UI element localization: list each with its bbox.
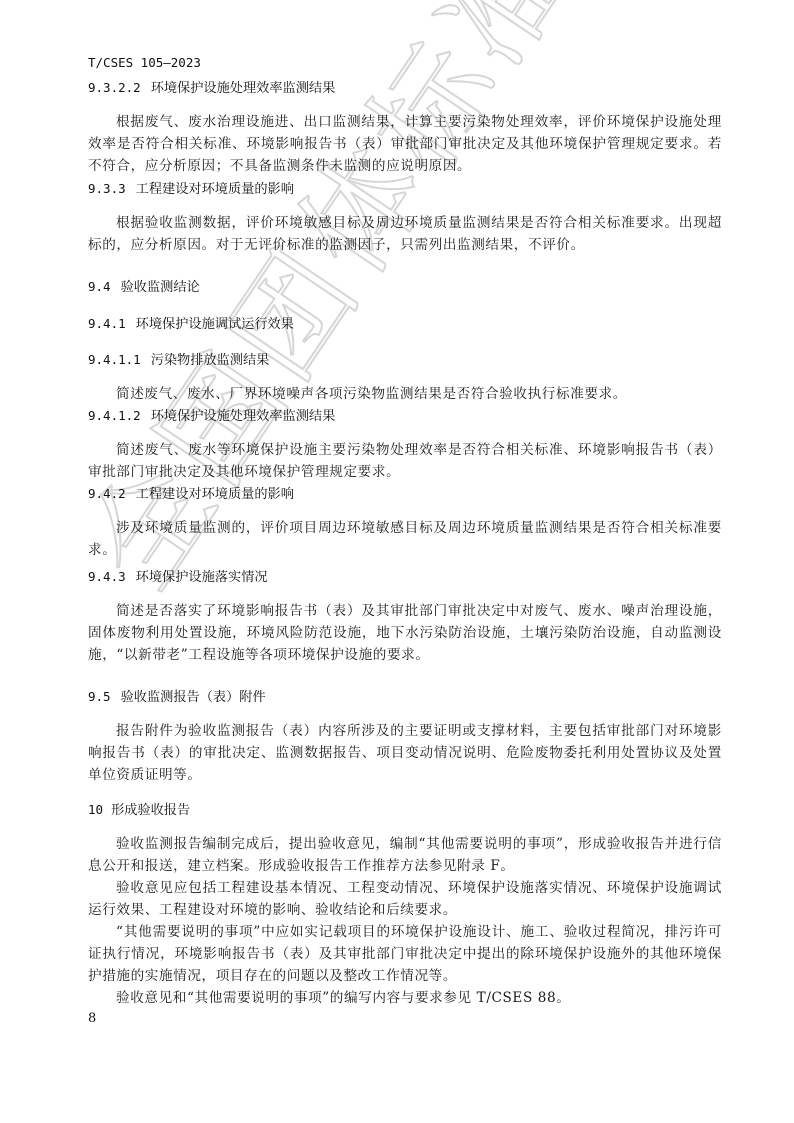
section-number: 9.4.1 bbox=[88, 314, 126, 334]
section-paragraph: 根据废气、废水治理设施进、出口监测结果，计算主要污染物处理效率，评价环境保护设施… bbox=[88, 111, 722, 177]
section-paragraph: 验收监测报告编制完成后，提出验收意见，编制“其他需要说明的事项”，形成验收报告并… bbox=[88, 833, 722, 877]
section-paragraph: 简述是否落实了环境影响报告书（表）及其审批部门审批决定中对废气、废水、噪声治理设… bbox=[88, 600, 722, 666]
document-code-header: T/CSES 105—2023 bbox=[88, 54, 722, 74]
section-title: 环境保护设施处理效率监测结果 bbox=[151, 81, 336, 96]
section-title: 验收监测结论 bbox=[121, 280, 200, 295]
section-paragraph: 根据验收监测数据，评价环境敏感目标及周边环境质量监测结果是否符合相关标准要求。出… bbox=[88, 212, 722, 256]
section-title: 工程建设对环境质量的影响 bbox=[136, 182, 294, 197]
section-heading-10: 10形成验收报告 bbox=[88, 800, 722, 821]
section-number: 10 bbox=[88, 800, 103, 820]
section-title: 环境保护设施落实情况 bbox=[136, 570, 268, 585]
section-heading-9-4-1-1: 9.4.1.1污染物排放监测结果 bbox=[88, 350, 722, 371]
section-paragraph: 简述废气、废水、厂界环境噪声各项污染物监测结果是否符合验收执行标准要求。 bbox=[88, 383, 722, 405]
section-heading-9-4: 9.4验收监测结论 bbox=[88, 277, 722, 298]
section-title: 验收监测报告（表）附件 bbox=[121, 690, 266, 705]
section-number: 9.4.3 bbox=[88, 567, 126, 587]
section-paragraph: “其他需要说明的事项”中应如实记载项目的环境保护设施设计、施工、验收过程简况，排… bbox=[88, 921, 722, 987]
page-content: T/CSES 105—2023 9.3.2.2环境保护设施处理效率监测结果 根据… bbox=[88, 54, 722, 1029]
section-number: 9.4.2 bbox=[88, 484, 126, 504]
section-heading-9-3-2-2: 9.3.2.2环境保护设施处理效率监测结果 bbox=[88, 78, 722, 99]
page-number: 8 bbox=[88, 1009, 722, 1029]
document-page: 全国团体标准信息平台 T/CSES 105—2023 9.3.2.2环境保护设施… bbox=[0, 0, 794, 1123]
section-number: 9.4 bbox=[88, 277, 111, 297]
section-paragraph: 报告附件为验收监测报告（表）内容所涉及的主要证明或支撑材料，主要包括审批部门对环… bbox=[88, 720, 722, 786]
section-heading-9-5: 9.5验收监测报告（表）附件 bbox=[88, 687, 722, 708]
section-title: 工程建设对环境质量的影响 bbox=[136, 487, 294, 502]
section-paragraph: 简述废气、废水等环境保护设施主要污染物处理效率是否符合相关标准、环境影响报告书（… bbox=[88, 439, 722, 483]
section-title: 环境保护设施处理效率监测结果 bbox=[151, 409, 336, 424]
section-heading-9-4-3: 9.4.3环境保护设施落实情况 bbox=[88, 567, 722, 588]
section-paragraph: 涉及环境质量监测的，评价项目周边环境敏感目标及周边环境质量监测结果是否符合相关标… bbox=[88, 517, 722, 561]
section-number: 9.4.1.1 bbox=[88, 350, 141, 370]
section-heading-9-4-1: 9.4.1环境保护设施调试运行效果 bbox=[88, 314, 722, 335]
section-heading-9-3-3: 9.3.3工程建设对环境质量的影响 bbox=[88, 179, 722, 200]
section-number: 9.3.2.2 bbox=[88, 78, 141, 98]
section-number: 9.4.1.2 bbox=[88, 406, 141, 426]
section-title: 污染物排放监测结果 bbox=[151, 353, 270, 368]
section-title: 环境保护设施调试运行效果 bbox=[136, 317, 294, 332]
section-title: 形成验收报告 bbox=[111, 803, 190, 818]
section-paragraph: 验收意见应包括工程建设基本情况、工程变动情况、环境保护设施落实情况、环境保护设施… bbox=[88, 877, 722, 921]
section-number: 9.3.3 bbox=[88, 179, 126, 199]
section-number: 9.5 bbox=[88, 687, 111, 707]
section-heading-9-4-2: 9.4.2工程建设对环境质量的影响 bbox=[88, 484, 722, 505]
section-paragraph: 验收意见和“其他需要说明的事项”的编写内容与要求参见 T/CSES 88。 bbox=[88, 987, 722, 1009]
section-heading-9-4-1-2: 9.4.1.2环境保护设施处理效率监测结果 bbox=[88, 406, 722, 427]
